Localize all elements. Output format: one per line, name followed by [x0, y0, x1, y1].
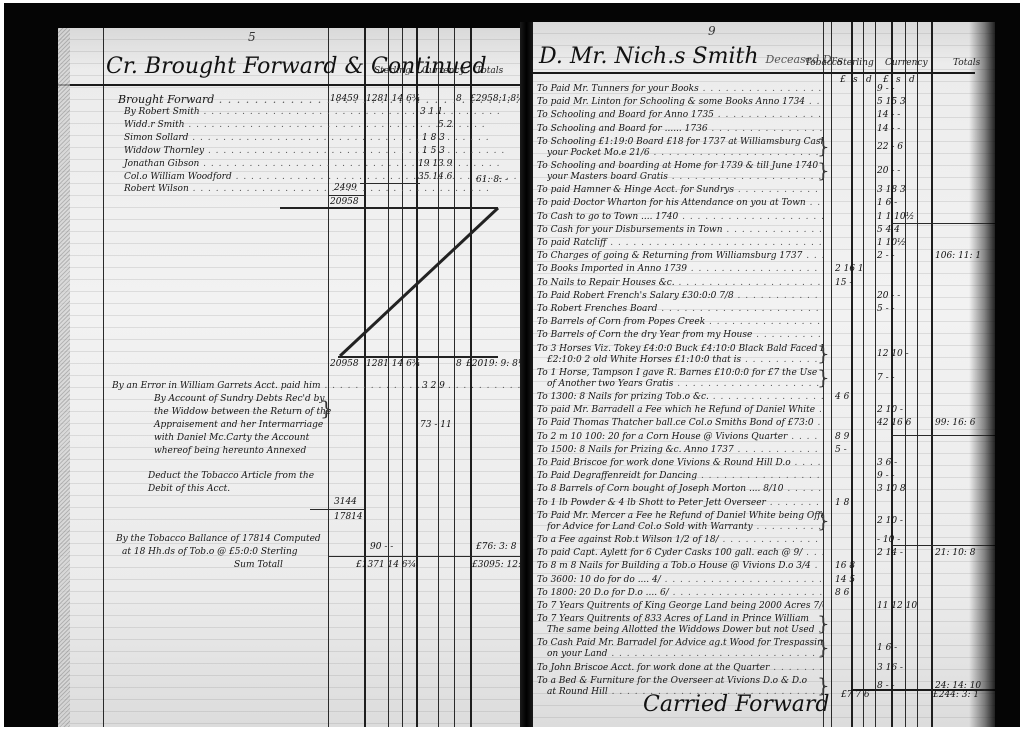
currency-amount: 3 1 1: [420, 107, 443, 118]
currency-amount: 3 2 9: [422, 381, 445, 392]
ledger-entry-continuation: your Pocket Mo.e 21/6: [547, 148, 823, 159]
ledger-entry: To Barrels of Corn from Popes Creek: [537, 317, 823, 328]
totals-amount: £2958:1:8¼: [470, 94, 520, 105]
sterling-amount: 90 - -: [370, 542, 393, 553]
ledger-entry: To Schooling and boarding at Home for 17…: [537, 161, 823, 172]
currency-amount: 9 - -: [877, 471, 895, 482]
tobacco-balance: 17814: [334, 512, 363, 523]
subtotal-rule: [891, 545, 995, 546]
ledger-entry: To 1 lb Powder & 4 lb Shott to Peter Jet…: [537, 498, 823, 509]
ledger-entry-line: By the Tobacco Ballance of 17814 Compute…: [116, 534, 321, 545]
tobacco-amount: 18459: [330, 94, 359, 105]
currency-amount: 1 8 3: [422, 133, 445, 144]
currency-amount: 11 12 10: [877, 601, 917, 612]
ledger-entry-continuation: on your Land: [547, 649, 823, 660]
currency-amount: 8: [456, 359, 462, 370]
ledger-entry-line: Appraisement and her Intermarriage: [154, 420, 323, 431]
ledger-entry-line: Debit of this Acct.: [148, 484, 230, 495]
ledger-entry: To paid Mr. Barradell a Fee which he Ref…: [537, 405, 823, 416]
sterling-amount: 14 5: [835, 575, 855, 586]
tobacco-col-rule: [831, 22, 832, 727]
brace-mark: }: [817, 341, 830, 365]
currency-amount: 35 14 6: [418, 172, 452, 183]
sterling-amount: 15 -: [835, 278, 852, 289]
ledger-entry: To Charges of going & Returning from Wil…: [537, 251, 823, 262]
ledger-entry-line: the Widdow between the Return of the: [154, 407, 331, 418]
ledger-entry-line: with Daniel Mc.Carty the Account: [154, 433, 309, 444]
currency-amount: 7 - -: [877, 373, 895, 384]
currency-amount: 19 13 9: [418, 159, 452, 170]
carried-forward-label: Carried Forward: [643, 692, 829, 717]
ledger-entry-continuation: The same being Allotted the Widdows Dowe…: [547, 625, 823, 636]
ledger-entry: To Paid Degraffenreidt for Dancing: [537, 471, 823, 482]
ledger-entry: To Cash Paid Mr. Barradel for Advice ag.…: [537, 638, 823, 649]
ledger-page-credit: 5 Cr. Brought Forward & Continued Sterli…: [58, 28, 520, 727]
totals-final-total: £244: 3: 1: [933, 690, 979, 701]
currency-amount: 1 10½: [877, 238, 906, 249]
ledger-entry: To 2 m 10 100: 20 for a Corn House @ Viv…: [537, 432, 823, 443]
totals-amount: 106: 11: 1: [935, 251, 981, 262]
ledger-entry: To a Bed & Furniture for the Overseer at…: [537, 676, 823, 687]
sterling-s-rule: [863, 22, 864, 727]
sterling-d-rule: [875, 22, 876, 727]
sterling-amount: 1 8: [835, 498, 849, 509]
sum-total-label: Sum Totall: [234, 560, 283, 571]
ledger-entry-line: whereof being hereunto Annexed: [154, 446, 306, 457]
sterling-amount: 1281 14 6¾: [366, 94, 421, 105]
ledger-entry: To Robert Frenches Board: [537, 304, 823, 315]
sterling-final-total: £7 7 6: [841, 690, 870, 701]
ledger-entry-continuation: of Another two Years Gratis: [547, 379, 823, 390]
currency-amount: 5 - -: [877, 304, 895, 315]
currency-amount: 2 14 -: [877, 548, 903, 559]
currency-amount: 42 16 6: [877, 418, 911, 429]
currency-s-rule: [905, 22, 906, 727]
currency-amount: 5 15 3: [877, 97, 906, 108]
ledger-entry: To 1 Horse, Tampson I gave R. Barnes £10…: [537, 368, 823, 379]
tobacco-amount: 20958: [330, 359, 359, 370]
scan-border-right: [1020, 0, 1024, 731]
ledger-entry-continuation: for Advice for Land Col.o Sold with Warr…: [547, 522, 823, 533]
ledger-entry: To paid Ratcliff: [537, 238, 823, 249]
currency-amount: 2 - -: [877, 251, 895, 262]
final-total-rule: [851, 689, 995, 691]
currency-amount: 5 2: [438, 120, 452, 131]
currency-amount: 14 - -: [877, 124, 900, 135]
currency-amount: 73 - 11: [420, 420, 452, 431]
currency-amount: 3 10 8: [877, 484, 906, 495]
col-header-sterling: Sterling: [837, 58, 874, 68]
brace-mark: }: [817, 611, 830, 635]
scan-border-left: [0, 0, 4, 731]
sterling-amount: 1281 14 6¾: [366, 359, 421, 370]
ledger-entry: To Schooling and Board for Anno 1735: [537, 110, 823, 121]
header-rule: [533, 72, 975, 74]
totals-amount: 21: 10: 8: [935, 548, 975, 559]
ledger-entry: To Nails to Repair Houses &c.: [537, 278, 823, 289]
ledger-entry: To Cash for your Disbursements in Town: [537, 225, 823, 236]
ledger-entry: To paid Mr. Linton for Schooling & some …: [537, 97, 823, 108]
currency-amount: 8 - -: [877, 681, 895, 692]
subheader-pounds: £: [840, 75, 846, 86]
brace-mark: }: [817, 635, 830, 659]
sterling-sum-total: £1371 14 6¾: [356, 560, 416, 571]
currency-amount: - 10 -: [877, 535, 900, 546]
ledger-entry: To paid Hamner & Hinge Acct. for Sundrys: [537, 185, 823, 196]
ledger-entry: To Paid Thomas Thatcher ball.ce Col.o Sm…: [537, 418, 823, 429]
currency-amount: 5 4 4: [877, 225, 900, 236]
ledger-entry: To 3 Horses Viz. Tokey £4:0:0 Buck £4:10…: [537, 344, 823, 355]
ledger-entry: Widdow Thornley: [124, 146, 505, 157]
ledger-entry: To a Fee against Rob.t Wilson 1/2 of 18/: [537, 535, 823, 546]
tobacco-deduct-amount: 3144: [334, 497, 357, 508]
currency-amount: 1 6 -: [877, 643, 897, 654]
sterling-amount: 5 -: [835, 445, 847, 456]
currency-amount: 20 - -: [877, 291, 900, 302]
brace-mark: }: [817, 158, 830, 182]
sterling-amount: 16 8: [835, 561, 855, 572]
tobacco-amount: 2499: [334, 183, 357, 194]
scan-border-top: [0, 0, 1024, 3]
totals-amount: 99: 16: 6: [935, 418, 975, 429]
currency-amount: 1 5 3: [422, 146, 445, 157]
ledger-entry: To 7 Years Quitrents of 833 Acres of Lan…: [537, 614, 823, 625]
ledger-entry: Col.o William Woodford: [124, 172, 520, 183]
brace-mark: }: [817, 365, 830, 389]
brace-mark: }: [817, 508, 830, 532]
ledger-entry: To Cash to go to Town .... 1740: [537, 212, 823, 223]
currency-amount: 22 - 6: [877, 142, 903, 153]
brace-mark: }: [817, 134, 830, 158]
ledger-entry: To Barrels of Corn the dry Year from my …: [537, 330, 823, 341]
sterling-col-rule: [851, 22, 853, 727]
sterling-amount: 8 9: [835, 432, 849, 443]
ledger-entry: To 1300: 8 Nails for prizing Tob.o &c.: [537, 392, 823, 403]
totals-amount: £2019: 9: 8¼: [466, 359, 520, 370]
ledger-entry: To Paid Briscoe for work done Vivions & …: [537, 458, 823, 469]
tobacco-subtotal: 20958: [330, 197, 359, 208]
ledger-entry: By an Error in William Garrets Acct. pai…: [112, 381, 520, 392]
ledger-entry: To 3600: 10 do for do .... 4/: [537, 575, 823, 586]
currency-amount: 12 10 -: [877, 349, 909, 360]
ledger-entry: Widd.r Smith: [124, 120, 486, 131]
col-header-currency: Currency: [422, 66, 465, 76]
sterling-amount: 2 16 1: [835, 264, 864, 275]
folio-mark: 5: [248, 30, 256, 44]
currency-amount: 8: [456, 94, 462, 105]
brace-mark: }: [320, 396, 333, 420]
currency-d-rule: [917, 22, 918, 727]
currency-amount: 2 10 -: [877, 516, 903, 527]
ledger-entry: To Paid Mr. Tunners for your Books: [537, 84, 823, 95]
col-header-totals: Totals: [476, 66, 503, 76]
currency-amount: 14 - -: [877, 110, 900, 121]
ledger-entry-line: Deduct the Tobacco Article from the: [148, 471, 314, 482]
subheader-shillings: s: [853, 75, 858, 86]
currency-amount: 1 6 -: [877, 198, 897, 209]
ledger-entry-continuation: £2:10:0 2 old White Horses £1:10:0 that …: [547, 355, 823, 366]
currency-amount: 3 16 -: [877, 663, 903, 674]
ledger-entry: To paid Capt. Aylett for 6 Cyder Casks 1…: [537, 548, 823, 559]
folio-mark: 9: [708, 24, 716, 38]
ledger-entry-line: By Account of Sundry Debts Rec'd by: [154, 394, 325, 405]
ledger-entry: To 8 m 8 Nails for Building a Tob.o Hous…: [537, 561, 823, 572]
ledger-entry: By Robert Smith: [124, 107, 501, 118]
ledger-entry: To 8 Barrels of Corn bought of Joseph Mo…: [537, 484, 823, 495]
sterling-amount: 4 6: [835, 392, 849, 403]
ledger-entry: To Books Imported in Anno 1739: [537, 264, 823, 275]
page-heading: D. Mr. Nich.s Smith Deceased Dr.: [539, 44, 839, 69]
col-header-currency: Currency: [885, 58, 928, 68]
ledger-entry: To 1800: 20 D.o for D.o .... 6/: [537, 588, 823, 599]
subheader-shillings: s: [896, 75, 901, 86]
totals-col-rule: [931, 22, 933, 727]
ledger-entry-continuation: your Masters board Gratis: [547, 172, 823, 183]
ledger-page-debit: 9 D. Mr. Nich.s Smith Deceased Dr. Tobac…: [533, 22, 995, 727]
totals-sum-total: £3095: 12: 4¼: [472, 560, 520, 571]
subheader-pence: d: [909, 75, 915, 86]
sterling-amount: 8 6: [835, 588, 849, 599]
subtotal-rule: [891, 435, 995, 436]
col-header-totals: Totals: [953, 58, 980, 68]
ledger-entry: To Paid Mr. Mercer a Fee he Refund of Da…: [537, 511, 823, 522]
ledger-entry: To Schooling £1:19:0 Board £18 for 1737 …: [537, 137, 823, 148]
ledger-entry: Robert Wilson: [124, 184, 490, 195]
ledger-entry: To Schooling and Board for ...... 1736: [537, 124, 823, 135]
currency-amount: 9 - -: [877, 84, 895, 95]
ledger-entry: To John Briscoe Acct. for work done at t…: [537, 663, 823, 674]
currency-amount: 1 1 10½: [877, 212, 914, 223]
book-gutter: [520, 22, 533, 727]
ledger-entry: To 7 Years Quitrents of King George Land…: [537, 601, 823, 612]
subheader-pence: d: [866, 75, 872, 86]
ledger-entry: To Paid Robert French's Salary £30:0:0 7…: [537, 291, 823, 302]
scan-border-bottom: [0, 727, 1024, 731]
subtotal-rule: [891, 223, 995, 224]
ledger-entry: To paid Doctor Wharton for his Attendanc…: [537, 198, 823, 209]
currency-amount: 2 10 -: [877, 405, 903, 416]
ledger-entry: To 1500: 8 Nails for Prizing &c. Anno 17…: [537, 445, 823, 456]
currency-amount: 3 6 -: [877, 458, 897, 469]
ledger-entry-line: at 18 Hh.ds of Tob.o @ £5:0:0 Sterling: [122, 547, 298, 558]
col-header-sterling: Sterling: [374, 66, 411, 76]
currency-amount: 20 - -: [877, 166, 900, 177]
currency-amount: 3 18 3: [877, 185, 906, 196]
totals-amount: £76: 3: 8: [476, 542, 516, 553]
